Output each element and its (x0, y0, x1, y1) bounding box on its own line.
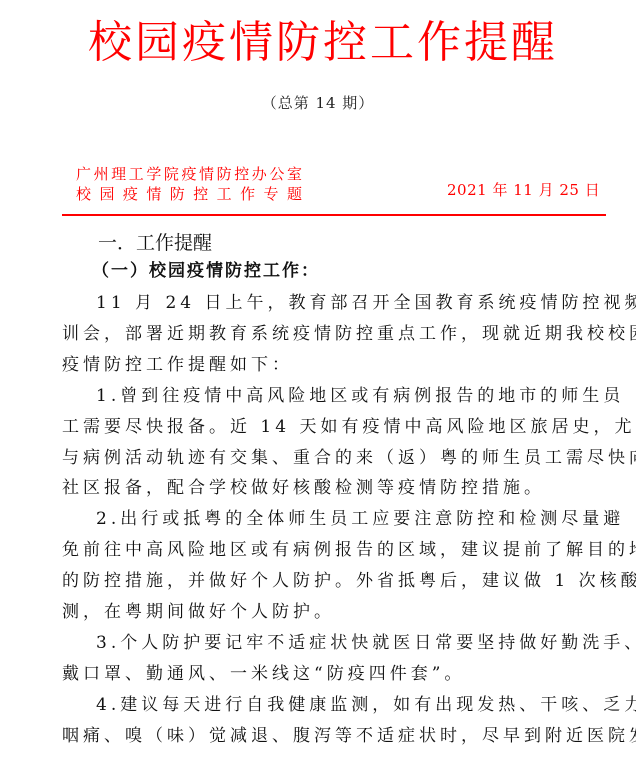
issuer-char: 州 (94, 164, 109, 184)
text-line: 11 月 24 日上午，教育部召开全国教育系统疫情防控视频培 (62, 288, 584, 319)
paragraph-item-3: 3.个人防护要记牢不适症状快就医日常要坚持做好勤洗手、 戴口罩、勤通风、一米线这… (62, 628, 584, 690)
issuer-char: 防 (217, 164, 232, 184)
text-line: 的防控措施，并做好个人防护。外省抵粤后，建议做 1 次核酸检 (62, 566, 584, 597)
section-heading: 一．工作提醒 (98, 230, 212, 256)
issuer-char: 疫 (123, 184, 138, 204)
issuer-char: 广 (76, 164, 91, 184)
issue-number: （总第 14 期） (0, 92, 636, 114)
issuer-char: 情 (199, 164, 214, 184)
issuer-char: 公 (269, 164, 284, 184)
paragraph-item-4: 4.建议每天进行自我健康监测，如有出现发热、干咳、乏力、 咽痛、嗅（味）觉减退、… (62, 690, 584, 752)
section-subheading: （一）校园疫情防控工作： (92, 258, 320, 284)
red-divider-line (62, 214, 606, 216)
issuer-topic: 校园疫情防控工作专题 (76, 184, 302, 204)
issuer-char: 园 (99, 184, 114, 204)
paragraph-intro: 11 月 24 日上午，教育部召开全国教育系统疫情防控视频培 训会，部署近期教育… (62, 288, 584, 381)
issuer-char: 作 (240, 184, 255, 204)
issuer-char: 学 (146, 164, 161, 184)
text-line: 免前往中高风险地区或有病例报告的区域，建议提前了解目的地 (62, 535, 584, 566)
text-line: 3.个人防护要记牢不适症状快就医日常要坚持做好勤洗手、 (62, 628, 584, 659)
paragraph-item-2: 2.出行或抵粤的全体师生员工应要注意防控和检测尽量避 免前往中高风险地区或有病例… (62, 504, 584, 628)
text-line: 2.出行或抵粤的全体师生员工应要注意防控和检测尽量避 (62, 504, 584, 535)
issuer-char: 院 (164, 164, 179, 184)
document-title: 校园疫情防控工作提醒 (0, 14, 636, 72)
text-line: 疫情防控工作提醒如下： (62, 350, 584, 381)
text-line: 1.曾到往疫情中高风险地区或有病例报告的地市的师生员 (62, 381, 584, 412)
issuer-char: 校 (76, 184, 91, 204)
document-body: 11 月 24 日上午，教育部召开全国教育系统疫情防控视频培 训会，部署近期教育… (62, 288, 584, 752)
issuer-office: 广州理工学院疫情防控办公室 (76, 164, 302, 184)
issue-date: 2021 年 11 月 25 日 (447, 180, 600, 200)
text-line: 训会，部署近期教育系统疫情防控重点工作，现就近期我校校园 (62, 319, 584, 350)
text-line: 4.建议每天进行自我健康监测，如有出现发热、干咳、乏力、 (62, 690, 584, 721)
text-line: 社区报备，配合学校做好核酸检测等疫情防控措施。 (62, 473, 584, 504)
issuer-block: 广州理工学院疫情防控办公室 校园疫情防控工作专题 (76, 164, 302, 204)
issuer-char: 工 (129, 164, 144, 184)
issuer-char: 理 (111, 164, 126, 184)
issuer-char: 工 (217, 184, 232, 204)
issuer-char: 防 (170, 184, 185, 204)
issuer-char: 题 (287, 184, 302, 204)
issuer-char: 办 (252, 164, 267, 184)
paragraph-item-1: 1.曾到往疫情中高风险地区或有病例报告的地市的师生员 工需要尽快报备。近 14 … (62, 381, 584, 505)
text-line: 测，在粤期间做好个人防护。 (62, 597, 584, 628)
issuer-char: 控 (193, 184, 208, 204)
issuer-char: 室 (287, 164, 302, 184)
text-line: 戴口罩、勤通风、一米线这“防疫四件套”。 (62, 659, 584, 690)
issuer-char: 情 (146, 184, 161, 204)
issuer-char: 控 (234, 164, 249, 184)
text-line: 工需要尽快报备。近 14 天如有疫情中高风险地区旅居史，尤其 (62, 412, 584, 443)
issuer-char: 专 (264, 184, 279, 204)
text-line: 与病例活动轨迹有交集、重合的来（返）粤的师生员工需尽快向 (62, 443, 584, 474)
issuer-char: 疫 (181, 164, 196, 184)
text-line: 咽痛、嗅（味）觉减退、腹泻等不适症状时，尽早到附近医院发 (62, 721, 584, 752)
